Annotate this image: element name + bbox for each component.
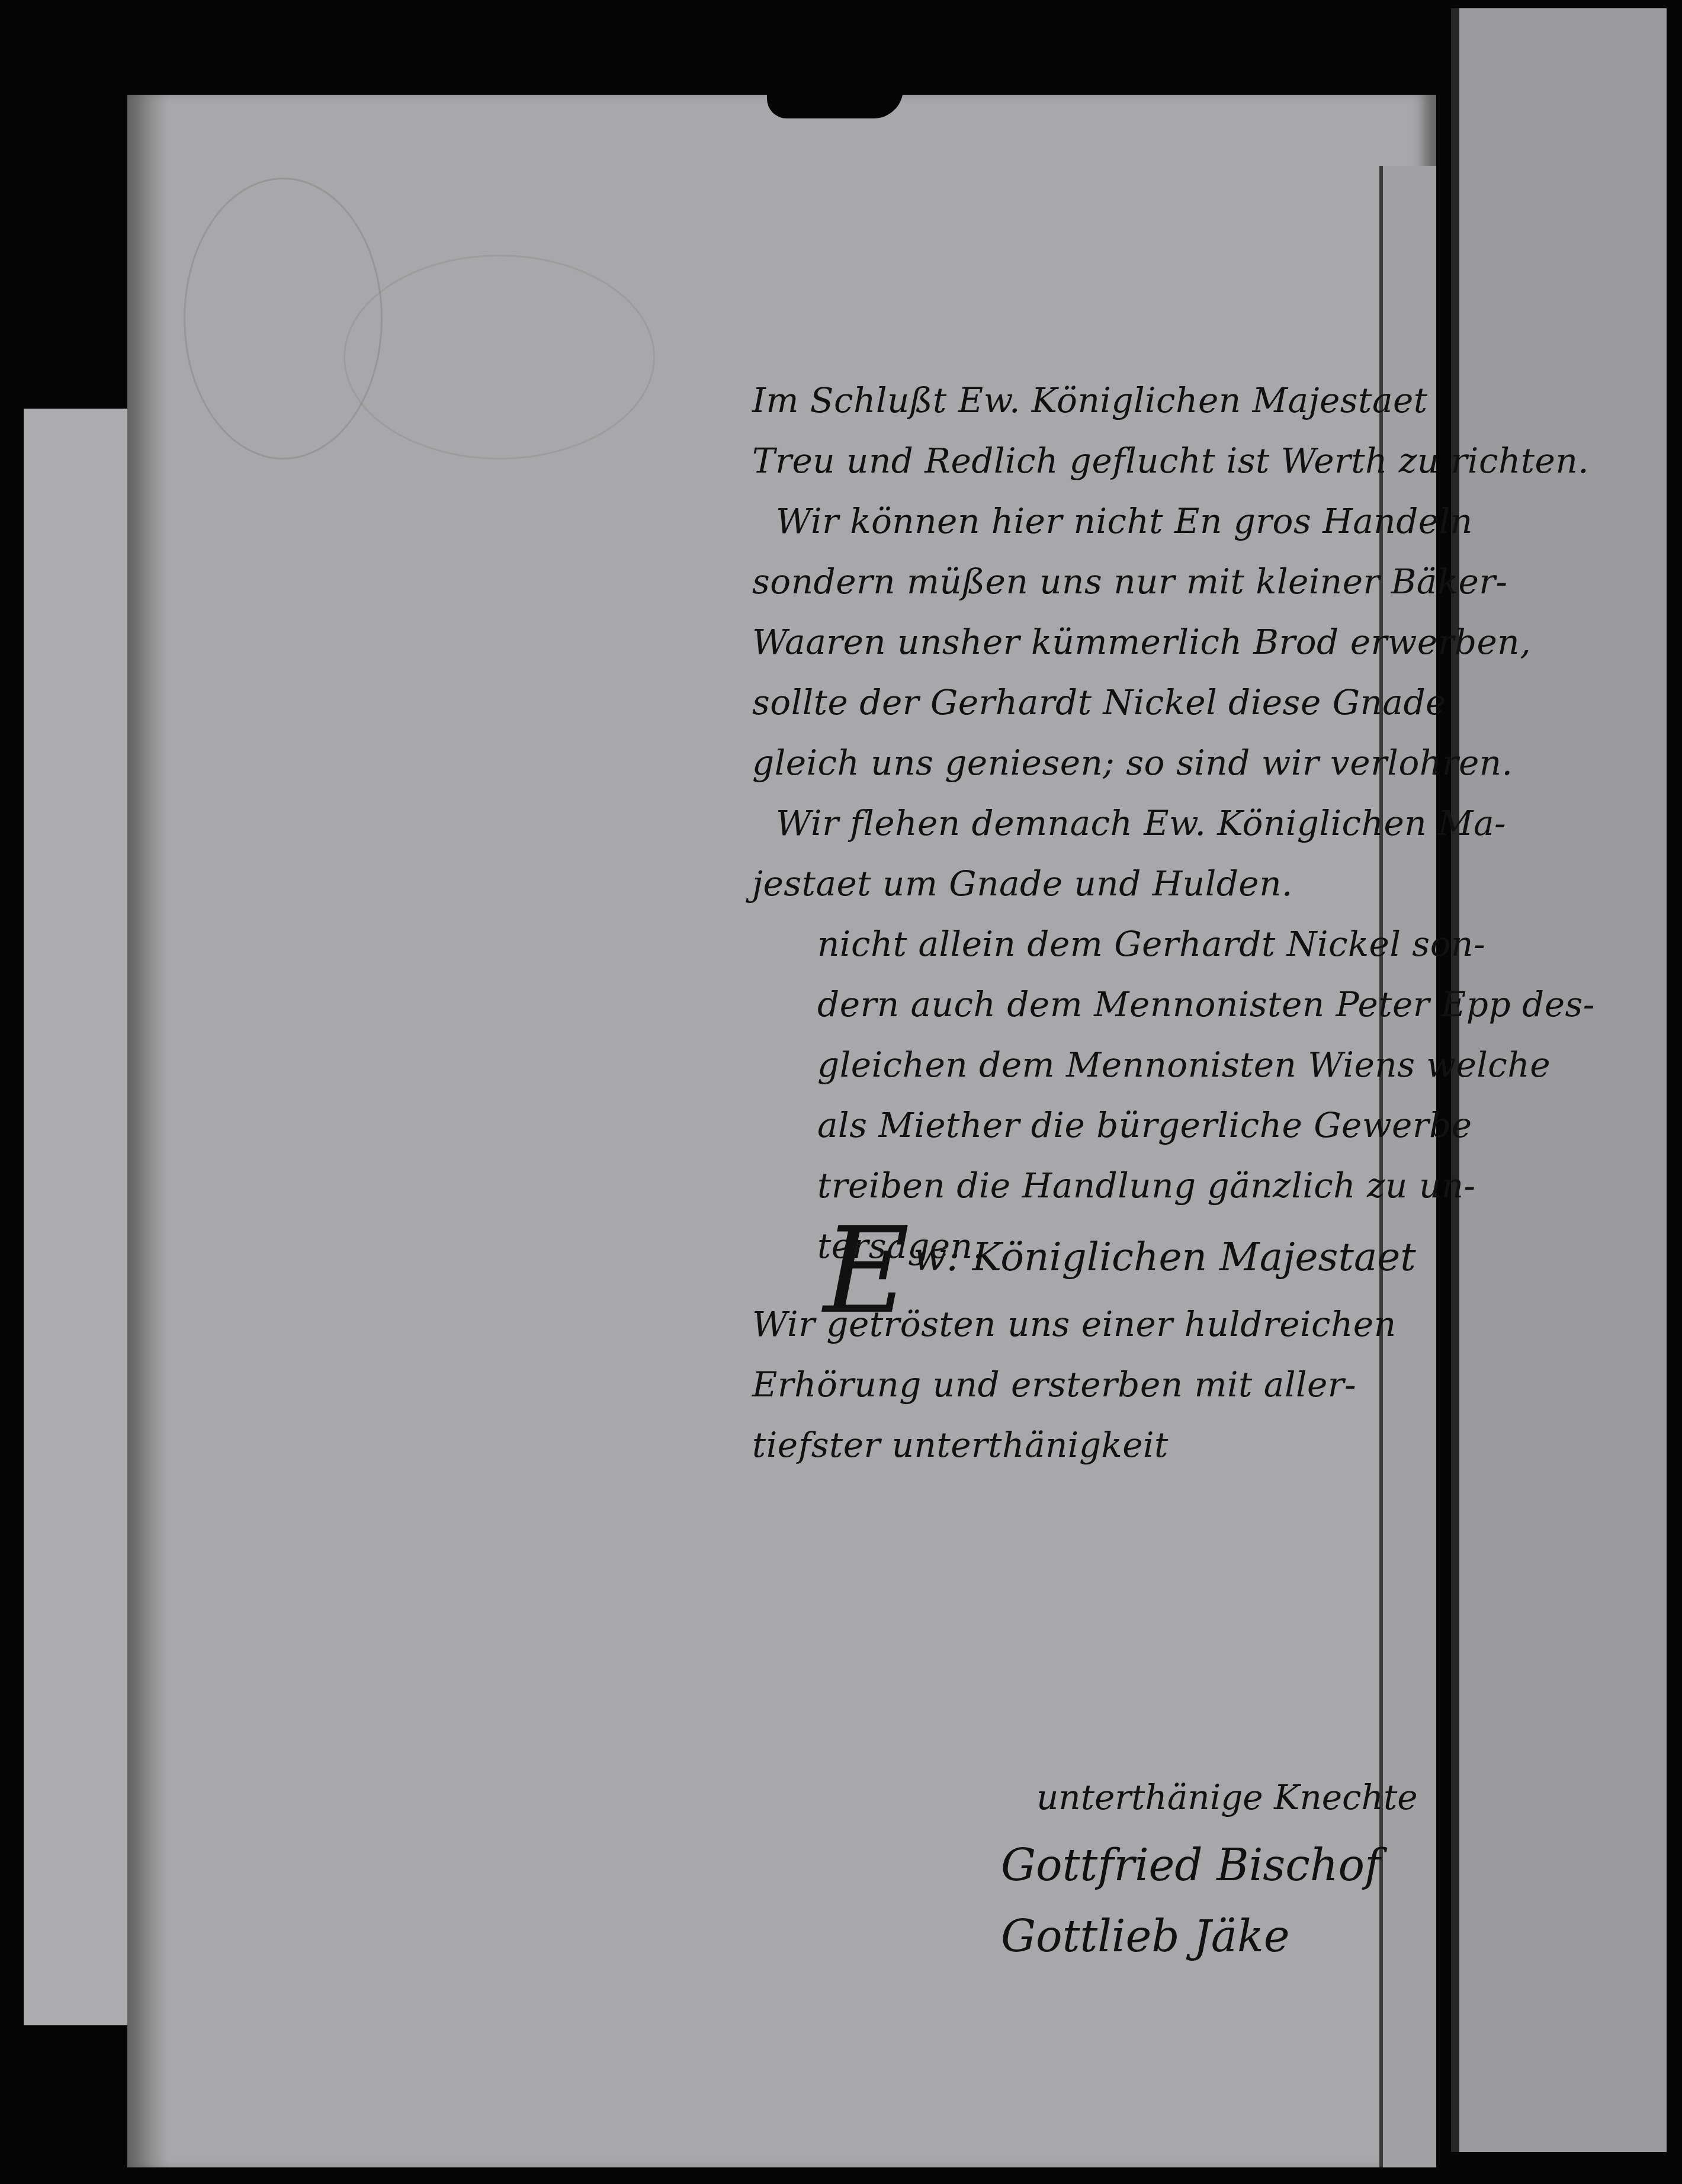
signature-name: Gottlieb Jäke <box>1001 1901 1418 1972</box>
body-line: Treu und Redlich geflucht ist Werth zu r… <box>752 431 1421 491</box>
body-line: als Miether die bürgerliche Gewerbe <box>752 1095 1421 1155</box>
body-line: gleich uns geniesen; so sind wir verlohr… <box>752 733 1421 793</box>
body-line: sollte der Gerhardt Nickel diese Gnade <box>752 672 1421 733</box>
signature-heading: unterthänige Knechte <box>1001 1765 1418 1830</box>
body-line: Wir können hier nicht En gros Handeln <box>752 491 1421 551</box>
body-line: nicht allein dem Gerhardt Nickel son- <box>752 914 1421 974</box>
signature-block: unterthänige Knechte Gottfried Bischof G… <box>1001 1765 1418 1972</box>
closing-text: w: Königlichen Majestaet <box>913 1234 1416 1280</box>
signature-name: Gottfried Bischof <box>1001 1830 1418 1901</box>
closing-salutation: Ew: Königlichen Majestaet <box>823 1202 1416 1340</box>
body-line: Wir flehen demnach Ew. Königlichen Ma- <box>752 793 1421 853</box>
body-line: tiefster unterthänigkeit <box>752 1415 1421 1475</box>
body-line: jestaet um Gnade und Hulden. <box>752 853 1421 914</box>
ornate-initial: E <box>823 1202 910 1340</box>
body-line: gleichen dem Mennonisten Wiens welche <box>752 1035 1421 1095</box>
torn-edge <box>767 89 903 118</box>
body-line: dern auch dem Mennonisten Peter Epp des- <box>752 974 1421 1035</box>
body-line: Erhörung und ersterben mit aller- <box>752 1354 1421 1415</box>
bleed-through-mark <box>344 255 655 460</box>
fold-shadow <box>127 95 169 2167</box>
body-line: Im Schlußt Ew. Königlichen Majestaet <box>752 370 1421 431</box>
body-line: sondern müßen uns nur mit kleiner Bäker- <box>752 551 1421 612</box>
bleed-through-seal-mark <box>184 178 383 460</box>
left-paper-strip <box>24 409 142 2025</box>
body-line: Waaren unsher kümmerlich Brod erwerben, <box>752 612 1421 672</box>
